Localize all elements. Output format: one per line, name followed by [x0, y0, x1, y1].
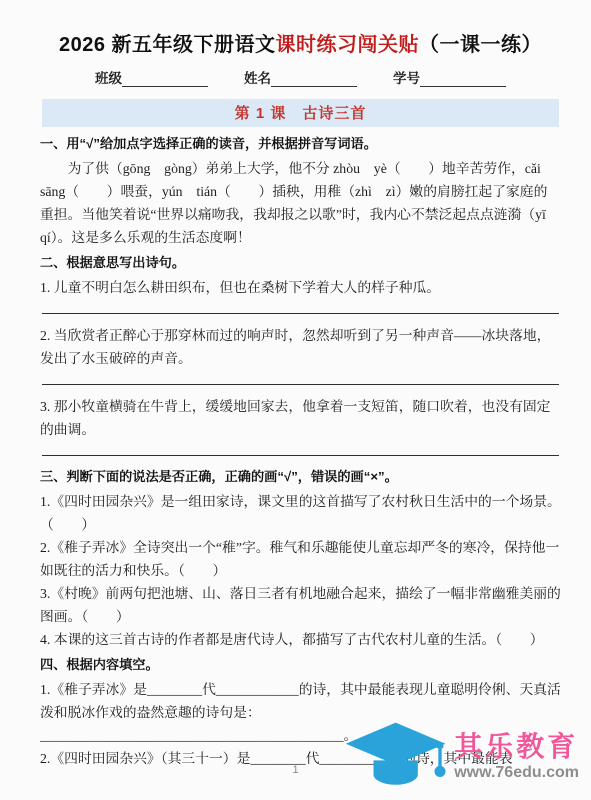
section-3-heading: 三、判断下面的说法是否正确，正确的画“√”，错误的画“×”。 — [40, 466, 561, 488]
title-part-black-1: 2026 新五年级下册语文 — [59, 34, 276, 56]
section-1-heading: 一、用“√”给加点字选择正确的读音，并根据拼音写词语。 — [40, 133, 561, 155]
watermark-text: 其乐教育 www.76edu.com — [454, 731, 579, 783]
section-3-question-3: 3.《村晚》前两句把池塘、山、落日三者有机地融合起来，描绘了一幅非常幽雅美丽的图… — [40, 582, 561, 628]
class-label: 班级 — [95, 67, 122, 87]
class-blank — [122, 73, 208, 87]
section-3-question-4: 4. 本课的这三首古诗的作者都是唐代诗人，都描写了古代农村儿童的生活。（ ） — [40, 628, 561, 651]
worksheet-page: 2026 新五年级下册语文课时练习闯关贴（一课一练） 班级 姓名 学号 第 1 … — [0, 0, 591, 770]
lesson-banner: 第 1 课 古诗三首 — [42, 99, 559, 127]
student-id-blank — [420, 73, 506, 87]
section-2-question-1: 1. 儿童不明白怎么耕田织布，但也在桑树下学着大人的样子种瓜。 — [40, 276, 561, 299]
name-blank — [271, 73, 357, 87]
answer-blank-line — [42, 304, 559, 314]
section-2-question-3: 3. 那小牧童横骑在牛背上，缓缓地回家去，他拿着一支短笛，随口吹着，也没有固定的… — [40, 395, 561, 441]
section-3-question-2: 2.《稚子弄冰》全诗突出一个“稚”字。稚气和乐趣能使儿童忘却严冬的寒冷，保持他一… — [40, 536, 561, 582]
section-1-paragraph: 为了供（gōng gòng）弟弟上大学，他不分 zhòu yè（ ）地辛苦劳作，… — [40, 157, 561, 249]
student-id-field: 学号 — [393, 67, 506, 87]
student-id-label: 学号 — [393, 67, 420, 87]
page-title: 2026 新五年级下册语文课时练习闯关贴（一课一练） — [40, 28, 561, 57]
name-field: 姓名 — [244, 67, 357, 87]
section-2-heading: 二、根据意思写出诗句。 — [40, 252, 561, 274]
section-2-question-2: 2. 当欣赏者正醉心于那穿林而过的响声时，忽然却听到了另一种声音——冰块落地，发… — [40, 324, 561, 370]
name-label: 姓名 — [244, 67, 271, 87]
graduation-cap-icon — [340, 716, 458, 798]
watermark-brand: 其乐教育 — [454, 731, 579, 763]
section-4-heading: 四、根据内容填空。 — [40, 654, 561, 676]
student-info-row: 班级 姓名 学号 — [40, 67, 561, 87]
title-part-black-2: （一课一练） — [419, 34, 542, 56]
section-3-question-1: 1.《四时田园杂兴》是一组田家诗，课文里的这首描写了农村秋日生活中的一个场景。（… — [40, 490, 561, 536]
watermark: 其乐教育 www.76edu.com — [340, 716, 579, 798]
watermark-url: www.76edu.com — [454, 763, 579, 783]
class-field: 班级 — [95, 67, 208, 87]
answer-blank-line — [42, 375, 559, 385]
title-part-red: 课时练习闯关贴 — [276, 34, 420, 56]
answer-blank-line — [42, 446, 559, 456]
